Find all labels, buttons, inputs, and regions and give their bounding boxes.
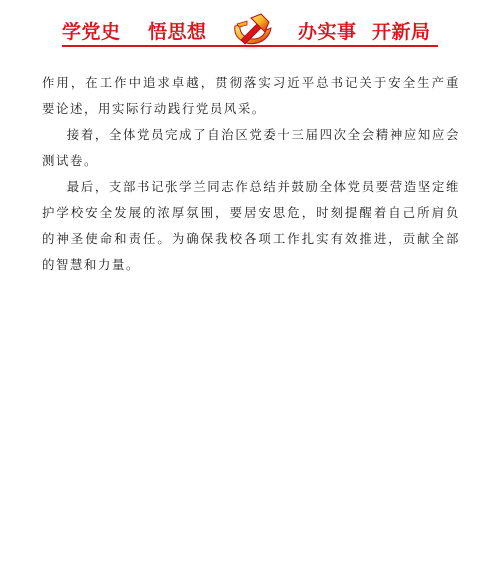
slogan-part-2: 悟思想	[148, 20, 207, 44]
paragraph-3: 最后，支部书记张学兰同志作总结并鼓励全体党员要营造坚定维护学校安全发展的浓厚氛围…	[42, 174, 460, 278]
header-underline	[62, 45, 438, 47]
slogan-part-3: 办实事	[298, 20, 357, 44]
slogan-part-4: 开新局	[372, 20, 431, 44]
paragraph-2: 接着，全体党员完成了自治区党委十三届四次全会精神应知应会测试卷。	[42, 122, 460, 174]
slogan-part-1: 学党史	[62, 20, 121, 44]
article-body: 作用，在工作中追求卓越，贯彻落实习近平总书记关于安全生产重要论述，用实际行动践行…	[42, 70, 460, 278]
paragraph-1: 作用，在工作中追求卓越，贯彻落实习近平总书记关于安全生产重要论述，用实际行动践行…	[42, 70, 460, 122]
header-banner: 学党史 悟思想 办实事 开新局	[0, 0, 493, 60]
